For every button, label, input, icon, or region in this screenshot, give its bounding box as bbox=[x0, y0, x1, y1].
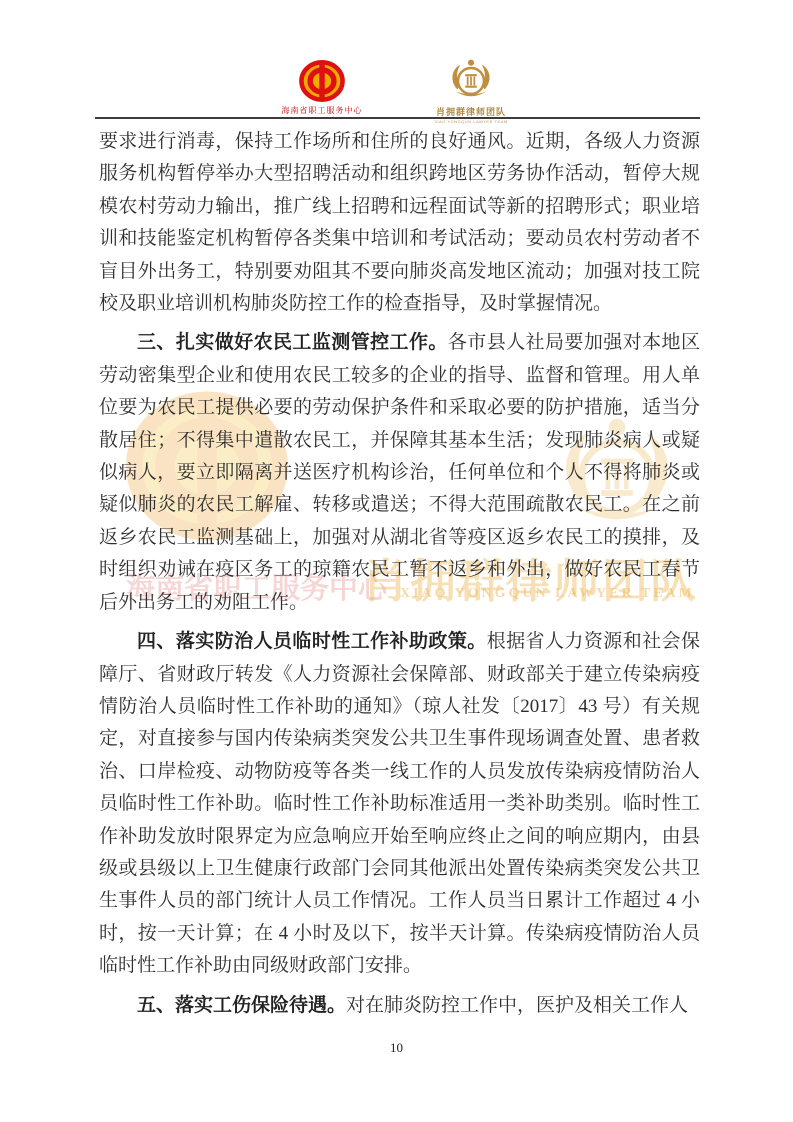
paragraph-text: 要求进行消毒，保持工作场所和住所的良好通风。近期，各级人力资源服务机构暂停举办大… bbox=[99, 131, 700, 314]
paragraph-section-4: 四、落实防治人员临时性工作补助政策。根据省人力资源和社会保障厅、省财政厅转发《人… bbox=[99, 626, 700, 982]
paragraph-section-5: 五、落实工伤保险待遇。对在肺炎防控工作中，医护及相关工作人 bbox=[99, 990, 700, 1022]
right-logo-block: 肖拥群律师团队 XIAO YONGQUN LAWYER TEAM bbox=[416, 55, 526, 124]
header-divider bbox=[95, 117, 700, 119]
document-body: 要求进行消毒，保持工作场所和住所的良好通风。近期，各级人力资源服务机构暂停举办大… bbox=[99, 126, 700, 1022]
left-logo-caption: 海南省职工服务中心 bbox=[272, 105, 372, 116]
paragraph-lead: 三、扎实做好农民工监测管控工作。 bbox=[137, 332, 448, 353]
document-page: 海南省职工服务中心 肖拥群律师团队 XIAO YONGQUN LAWYER TE… bbox=[0, 0, 793, 1122]
paragraph-continuation: 要求进行消毒，保持工作场所和住所的良好通风。近期，各级人力资源服务机构暂停举办大… bbox=[99, 126, 700, 320]
union-logo-icon bbox=[298, 60, 346, 102]
paragraph-section-3: 三、扎实做好农民工监测管控工作。各市县人社局要加强对本地区劳动密集型企业和使用农… bbox=[99, 327, 700, 619]
right-logo-caption-en: XIAO YONGQUN LAWYER TEAM bbox=[416, 119, 526, 124]
paragraph-lead: 四、落实防治人员临时性工作补助政策。 bbox=[137, 631, 487, 652]
page-number: 10 bbox=[0, 1040, 793, 1056]
lawyer-team-logo-icon bbox=[445, 55, 497, 103]
paragraph-text: 对在肺炎防控工作中，医护及相关工作人 bbox=[346, 995, 688, 1016]
left-logo-block: 海南省职工服务中心 bbox=[272, 60, 372, 116]
paragraph-lead: 五、落实工伤保险待遇。 bbox=[137, 995, 346, 1016]
paragraph-text: 各市县人社局要加强对本地区劳动密集型企业和使用农民工较多的企业的指导、监督和管理… bbox=[99, 332, 700, 612]
paragraph-text: 根据省人力资源和社会保障厅、省财政厅转发《人力资源社会保障部、财政部关于建立传染… bbox=[99, 631, 700, 976]
